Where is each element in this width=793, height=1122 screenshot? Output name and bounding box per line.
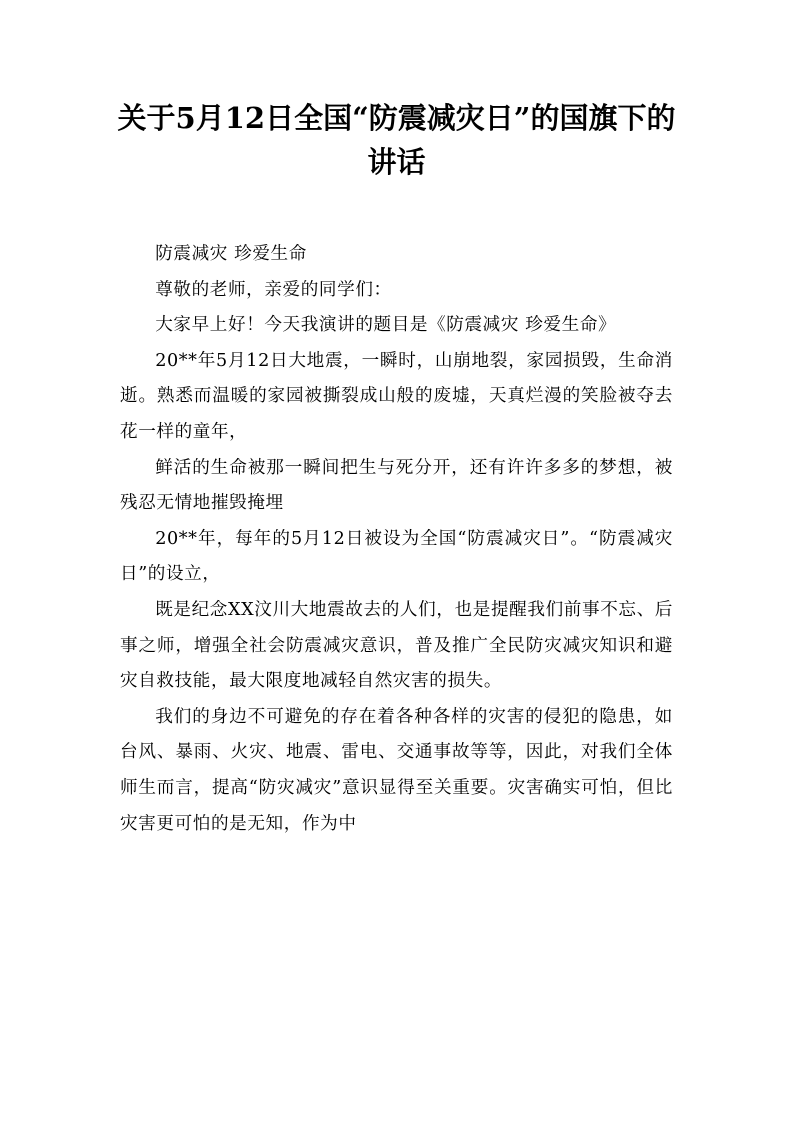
paragraph: 20**年5月12日大地震，一瞬时，山崩地裂，家园损毁，生命消逝。熟悉而温暖的家… — [120, 344, 673, 451]
paragraph: 我们的身边不可避免的存在着各种各样的灾害的侵犯的隐患，如台风、暴雨、火灾、地震、… — [120, 700, 673, 842]
document-title: 关于5月12日全国“防震减灾日”的国旗下的讲话 — [110, 96, 683, 184]
paragraph: 鲜活的生命被那一瞬间把生与死分开，还有许许多多的梦想，被残忍无情地摧毁掩埋 — [120, 451, 673, 522]
paragraph: 既是纪念XX汶川大地震故去的人们，也是提醒我们前事不忘、后事之师，增强全社会防震… — [120, 593, 673, 700]
paragraph-greeting: 大家早上好！今天我演讲的题目是《防震减灾 珍爱生命》 — [120, 308, 673, 344]
paragraph: 20**年，每年的5月12日被设为全国“防震减灾日”。“防震减灾日”的设立， — [120, 522, 673, 593]
paragraph-subtitle: 防震减灾 珍爱生命 — [120, 237, 673, 273]
document-body: 防震减灾 珍爱生命 尊敬的老师，亲爱的同学们： 大家早上好！今天我演讲的题目是《… — [120, 237, 673, 842]
paragraph-salutation: 尊敬的老师，亲爱的同学们： — [120, 273, 673, 309]
document-page: 关于5月12日全国“防震减灾日”的国旗下的讲话 防震减灾 珍爱生命 尊敬的老师，… — [0, 0, 793, 1122]
